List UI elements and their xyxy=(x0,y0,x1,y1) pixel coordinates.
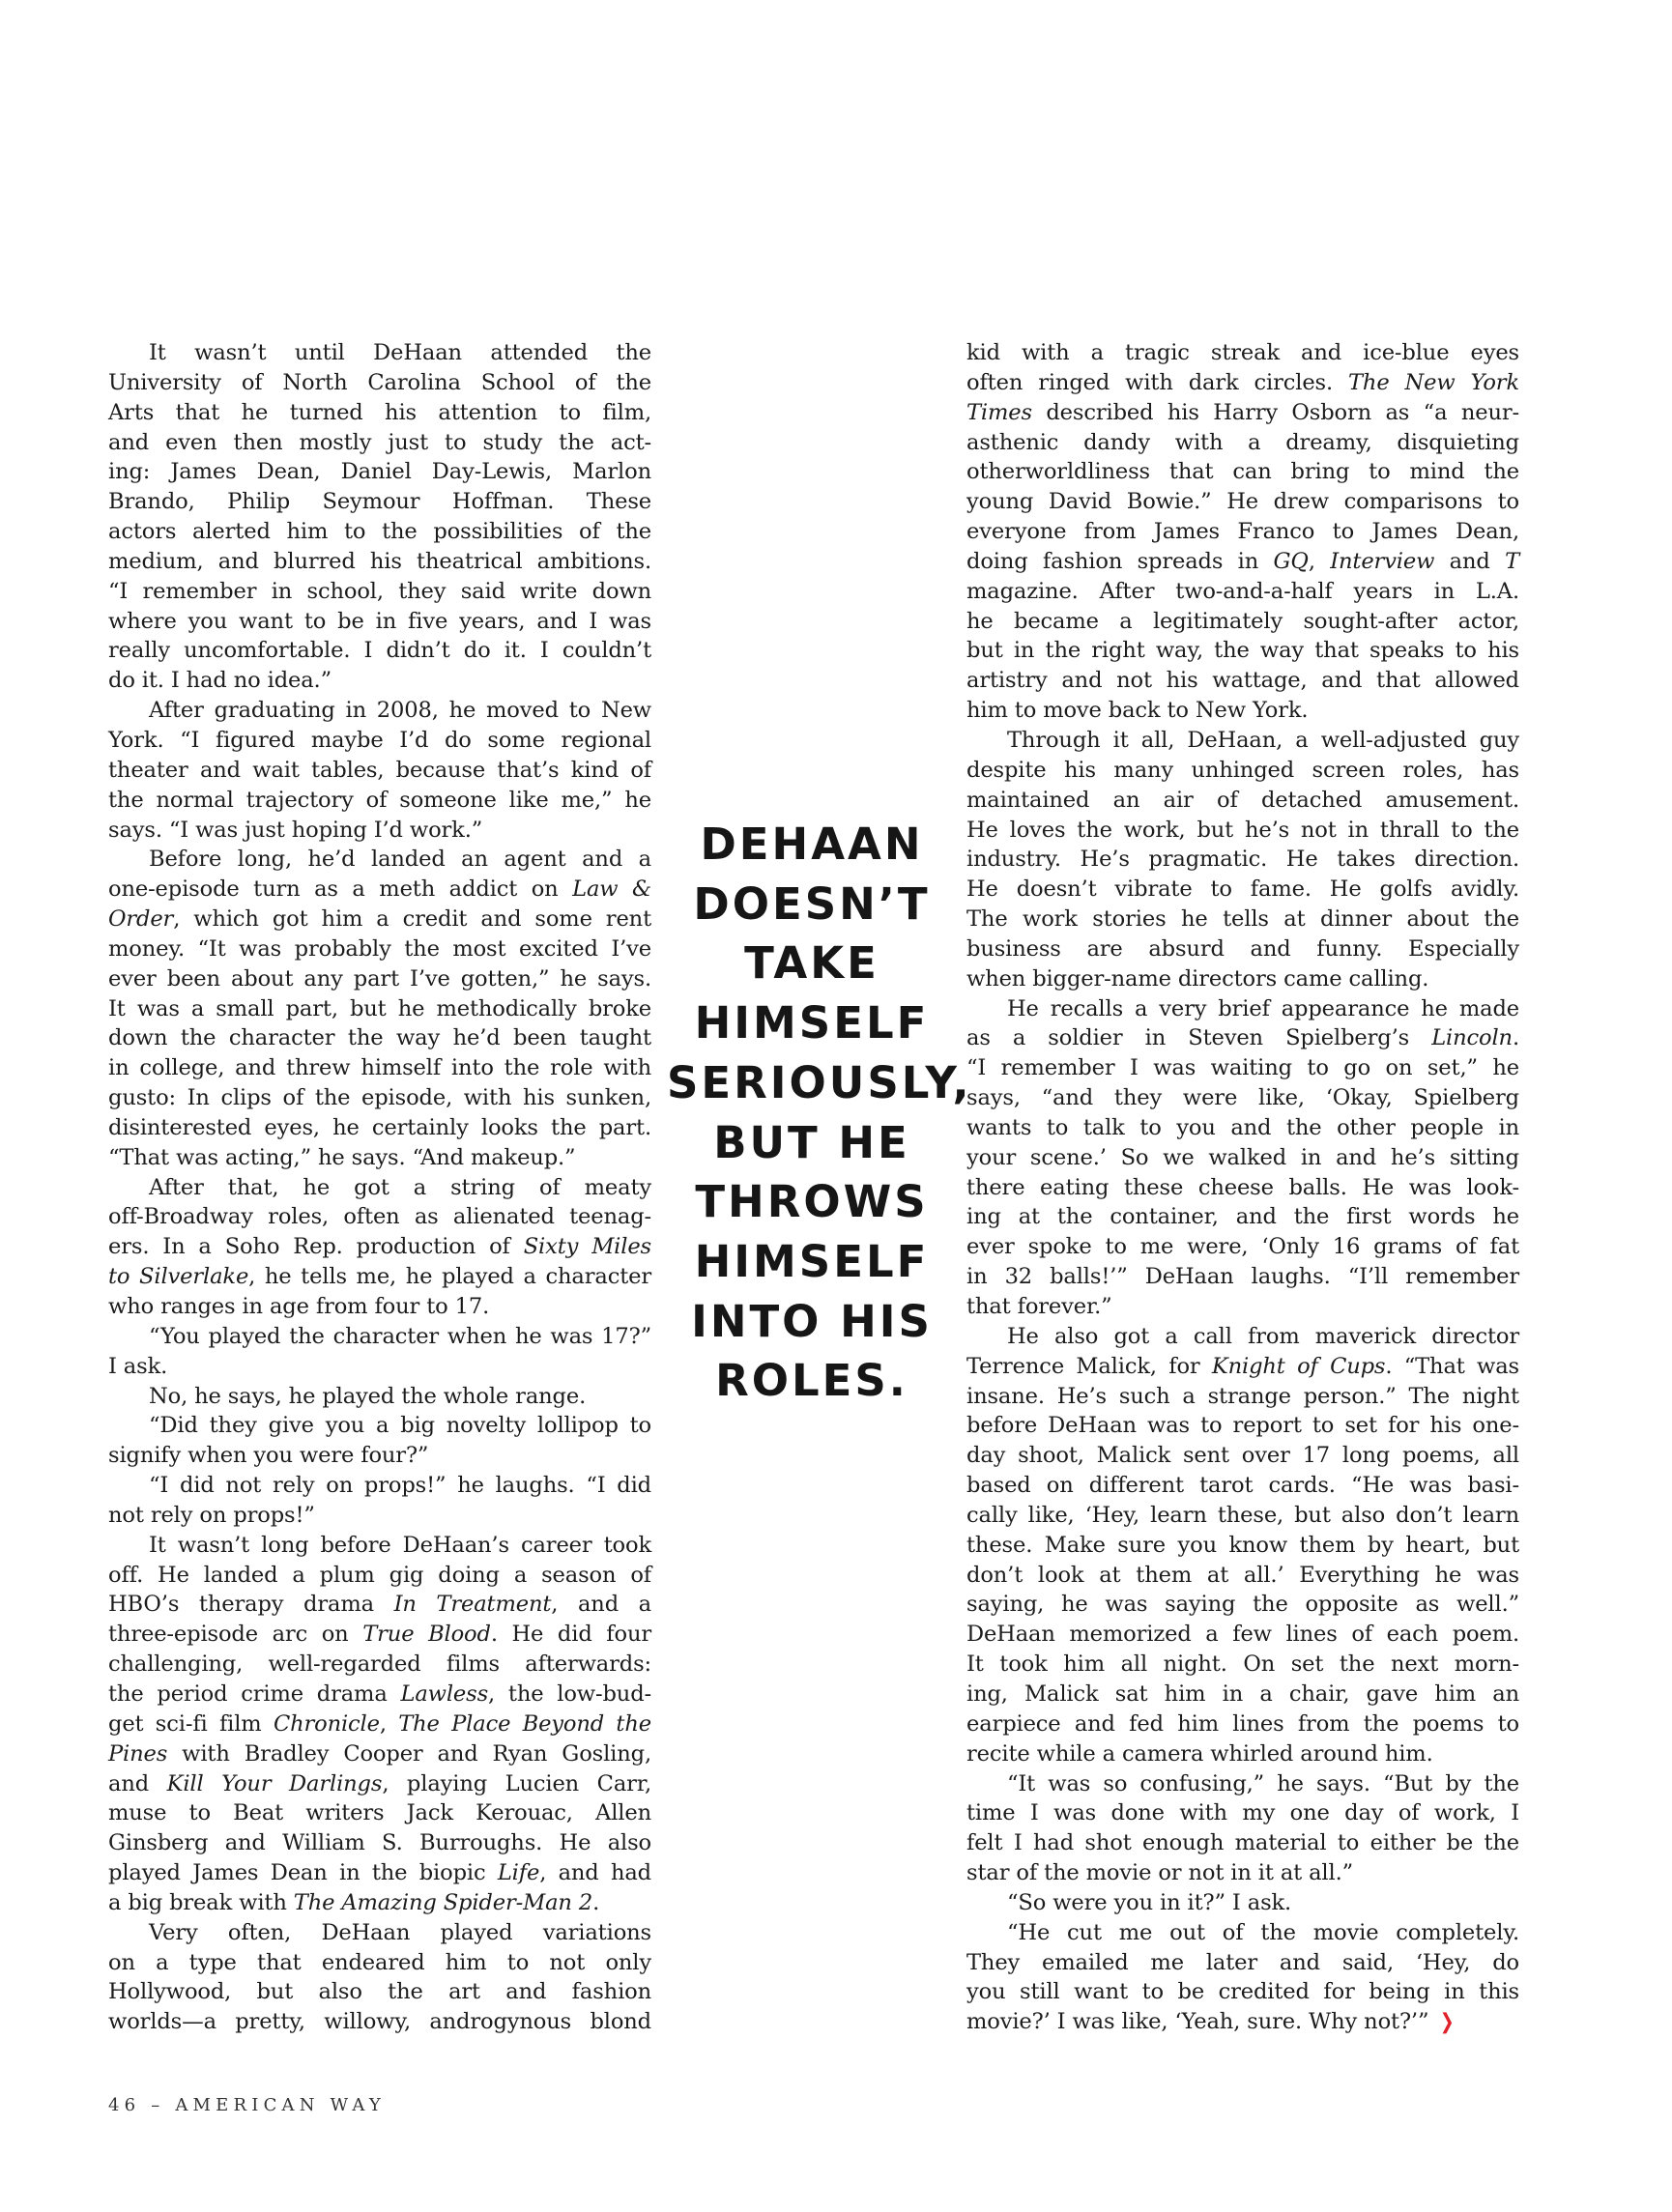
text-line: Through it all, DeHaan, a well-adjusted … xyxy=(966,726,1519,756)
text-line: “It was so confusing,” he says. “But by … xyxy=(966,1769,1519,1799)
text-line: felt I had shot enough material to eithe… xyxy=(966,1828,1519,1858)
text-line: cally like, ‘Hey, learn these, but also … xyxy=(966,1501,1519,1531)
magazine-page: It wasn’t until DeHaan attended theUnive… xyxy=(0,0,1672,2212)
text-line: It was a small part, but he methodically… xyxy=(108,994,651,1024)
text-line: theater and wait tables, because that’s … xyxy=(108,756,651,786)
text-line: maintained an air of detached amusement. xyxy=(966,786,1519,816)
text-line: York. “I figured maybe I’d do some regio… xyxy=(108,726,651,756)
text-line: magazine. After two-and-a-half years in … xyxy=(966,577,1519,607)
text-line: down the character the way he’d been tau… xyxy=(108,1023,651,1053)
text-line: gusto: In clips of the episode, with his… xyxy=(108,1083,651,1113)
text-line: It wasn’t until DeHaan attended the xyxy=(108,338,651,368)
text-line: get sci-fi film Chronicle, The Place Bey… xyxy=(108,1709,651,1739)
text-line: to Silverlake, he tells me, he played a … xyxy=(108,1262,651,1292)
text-line: business are absurd and funny. Especiall… xyxy=(966,934,1519,964)
pull-quote-line: HIMSELF xyxy=(667,993,957,1053)
text-line: “So were you in it?” I ask. xyxy=(966,1888,1519,1918)
text-line: time I was done with my one day of work,… xyxy=(966,1798,1519,1828)
text-line: in 32 balls!’” DeHaan laughs. “I’ll reme… xyxy=(966,1262,1519,1292)
text-line: “I remember I was waiting to go on set,”… xyxy=(966,1053,1519,1083)
text-line: you still want to be credited for being … xyxy=(966,1977,1519,2007)
text-line: when bigger-name directors came calling. xyxy=(966,964,1519,994)
text-line: wants to talk to you and the other peopl… xyxy=(966,1113,1519,1143)
text-line: It took him all night. On set the next m… xyxy=(966,1650,1519,1680)
pull-quote-line: BUT HE xyxy=(667,1113,957,1173)
text-line: earpiece and fed him lines from the poem… xyxy=(966,1709,1519,1739)
text-line: a big break with The Amazing Spider-Man … xyxy=(108,1888,651,1918)
text-line: recite while a camera whirled around him… xyxy=(966,1739,1519,1769)
text-line: one-episode turn as a meth addict on Law… xyxy=(108,875,651,905)
text-line: After graduating in 2008, he moved to Ne… xyxy=(108,696,651,726)
text-line: that forever.” xyxy=(966,1292,1519,1322)
text-line: industry. He’s pragmatic. He takes direc… xyxy=(966,845,1519,875)
text-line: your scene.’ So we walked in and he’s si… xyxy=(966,1143,1519,1173)
text-line: DeHaan memorized a few lines of each poe… xyxy=(966,1620,1519,1650)
pull-quote-line: INTO HIS xyxy=(667,1292,957,1352)
text-line: worlds—a pretty, willowy, androgynous bl… xyxy=(108,2007,651,2037)
text-line: Order, which got him a credit and some r… xyxy=(108,905,651,934)
text-line: Terrence Malick, for Knight of Cups. “Th… xyxy=(966,1352,1519,1382)
text-line: ing at the container, and the first word… xyxy=(966,1202,1519,1232)
text-line: “That was acting,” he says. “And makeup.… xyxy=(108,1143,651,1173)
text-line: challenging, well-regarded films afterwa… xyxy=(108,1650,651,1680)
text-line: money. “It was probably the most excited… xyxy=(108,934,651,964)
text-line: based on different tarot cards. “He was … xyxy=(966,1471,1519,1501)
text-line: No, he says, he played the whole range. xyxy=(108,1382,651,1412)
text-line: ing: James Dean, Daniel Day-Lewis, Marlo… xyxy=(108,457,651,487)
text-line: before DeHaan was to report to set for h… xyxy=(966,1411,1519,1441)
text-line: who ranges in age from four to 17. xyxy=(108,1292,651,1322)
text-line: young David Bowie.” He drew comparisons … xyxy=(966,487,1519,517)
text-line: asthenic dandy with a dreamy, disquietin… xyxy=(966,428,1519,458)
text-line: the normal trajectory of someone like me… xyxy=(108,786,651,816)
pull-quote: DEHAANDOESN’TTAKEHIMSELFSERIOUSLY,BUT HE… xyxy=(667,815,957,1411)
text-line: They emailed me later and said, ‘Hey, do xyxy=(966,1948,1519,1978)
text-line: kid with a tragic streak and ice-blue ey… xyxy=(966,338,1519,368)
text-line: He loves the work, but he’s not in thral… xyxy=(966,816,1519,846)
text-line: Hollywood, but also the art and fashion xyxy=(108,1977,651,2007)
text-line: signify when you were four?” xyxy=(108,1441,651,1471)
pull-quote-line: DEHAAN xyxy=(667,815,957,875)
pull-quote-line: TAKE xyxy=(667,934,957,993)
text-line: don’t look at them at all.’ Everything h… xyxy=(966,1561,1519,1591)
pull-quote-line: HIMSELF xyxy=(667,1232,957,1292)
article-column-left: It wasn’t until DeHaan attended theUnive… xyxy=(108,338,651,2037)
pull-quote-line: THROWS xyxy=(667,1172,957,1232)
text-line: Arts that he turned his attention to fil… xyxy=(108,398,651,428)
text-line: medium, and blurred his theatrical ambit… xyxy=(108,547,651,577)
text-line: After that, he got a string of meaty xyxy=(108,1173,651,1203)
text-line: “I remember in school, they said write d… xyxy=(108,577,651,607)
text-line: Times described his Harry Osborn as “a n… xyxy=(966,398,1519,428)
text-line: not rely on props!” xyxy=(108,1501,651,1531)
text-line: where you want to be in five years, and … xyxy=(108,607,651,637)
text-line: often ringed with dark circles. The New … xyxy=(966,368,1519,398)
text-line: University of North Carolina School of t… xyxy=(108,368,651,398)
page-folio: 46 – AMERICAN WAY xyxy=(108,2095,386,2115)
text-line: Brando, Philip Seymour Hoffman. These xyxy=(108,487,651,517)
text-line: The work stories he tells at dinner abou… xyxy=(966,905,1519,934)
text-line: Very often, DeHaan played variations xyxy=(108,1918,651,1948)
text-line: played James Dean in the biopic Life, an… xyxy=(108,1858,651,1888)
text-line: muse to Beat writers Jack Kerouac, Allen xyxy=(108,1798,651,1828)
pull-quote-line: ROLES. xyxy=(667,1351,957,1411)
text-line: on a type that endeared him to not only xyxy=(108,1948,651,1978)
text-line: ever spoke to me were, ‘Only 16 grams of… xyxy=(966,1232,1519,1262)
text-line: It wasn’t long before DeHaan’s career to… xyxy=(108,1531,651,1561)
text-line: says. “I was just hoping I’d work.” xyxy=(108,816,651,846)
text-line: He doesn’t vibrate to fame. He golfs avi… xyxy=(966,875,1519,905)
text-line: do it. I had no idea.” xyxy=(108,666,651,696)
text-line: ever been about any part I’ve gotten,” h… xyxy=(108,964,651,994)
text-line: Ginsberg and William S. Burroughs. He al… xyxy=(108,1828,651,1858)
text-line: I ask. xyxy=(108,1352,651,1382)
text-line: “I did not rely on props!” he laughs. “I… xyxy=(108,1471,651,1501)
text-line: off. He landed a plum gig doing a season… xyxy=(108,1561,651,1591)
chevron-right-icon: ❯ xyxy=(1440,2008,1455,2038)
text-line: but in the right way, the way that speak… xyxy=(966,636,1519,666)
text-line: and even then mostly just to study the a… xyxy=(108,428,651,458)
pull-quote-line: SERIOUSLY, xyxy=(667,1053,957,1113)
text-line: there eating these cheese balls. He was … xyxy=(966,1173,1519,1203)
text-line: day shoot, Malick sent over 17 long poem… xyxy=(966,1441,1519,1471)
text-line: He also got a call from maverick directo… xyxy=(966,1322,1519,1352)
text-line: everyone from James Franco to James Dean… xyxy=(966,517,1519,547)
article-column-right: kid with a tragic streak and ice-blue ey… xyxy=(966,338,1519,2037)
text-line: star of the movie or not in it at all.” xyxy=(966,1858,1519,1888)
text-line: him to move back to New York. xyxy=(966,696,1519,726)
text-line: and Kill Your Darlings, playing Lucien C… xyxy=(108,1769,651,1799)
text-line: ers. In a Soho Rep. production of Sixty … xyxy=(108,1232,651,1262)
text-line: saying, he was saying the opposite as we… xyxy=(966,1590,1519,1620)
text-line: despite his many unhinged screen roles, … xyxy=(966,756,1519,786)
text-line: as a soldier in Steven Spielberg’s Linco… xyxy=(966,1023,1519,1053)
text-line: “He cut me out of the movie completely. xyxy=(966,1918,1519,1948)
text-line: insane. He’s such a strange person.” The… xyxy=(966,1382,1519,1412)
text-line: three-episode arc on True Blood. He did … xyxy=(108,1620,651,1650)
text-line: the period crime drama Lawless, the low-… xyxy=(108,1680,651,1709)
pull-quote-line: DOESN’T xyxy=(667,875,957,934)
text-line: He recalls a very brief appearance he ma… xyxy=(966,994,1519,1024)
text-line: actors alerted him to the possibilities … xyxy=(108,517,651,547)
text-line: these. Make sure you know them by heart,… xyxy=(966,1531,1519,1561)
text-line: disinterested eyes, he certainly looks t… xyxy=(108,1113,651,1143)
text-line: doing fashion spreads in GQ, Interview a… xyxy=(966,547,1519,577)
text-line: in college, and threw himself into the r… xyxy=(108,1053,651,1083)
text-line: says, “and they were like, ‘Okay, Spielb… xyxy=(966,1083,1519,1113)
text-line: off-Broadway roles, often as alienated t… xyxy=(108,1202,651,1232)
text-line: he became a legitimately sought-after ac… xyxy=(966,607,1519,637)
text-line: Before long, he’d landed an agent and a xyxy=(108,845,651,875)
text-line: otherworldliness that can bring to mind … xyxy=(966,457,1519,487)
text-line: really uncomfortable. I didn’t do it. I … xyxy=(108,636,651,666)
text-line: “You played the character when he was 17… xyxy=(108,1322,651,1352)
text-line: artistry and not his wattage, and that a… xyxy=(966,666,1519,696)
text-line: ing, Malick sat him in a chair, gave him… xyxy=(966,1680,1519,1709)
text-line: Pines with Bradley Cooper and Ryan Gosli… xyxy=(108,1739,651,1769)
text-line: “Did they give you a big novelty lollipo… xyxy=(108,1411,651,1441)
text-line: HBO’s therapy drama In Treatment, and a xyxy=(108,1590,651,1620)
text-line: movie?’ I was like, ‘Yeah, sure. Why not… xyxy=(966,2007,1519,2037)
